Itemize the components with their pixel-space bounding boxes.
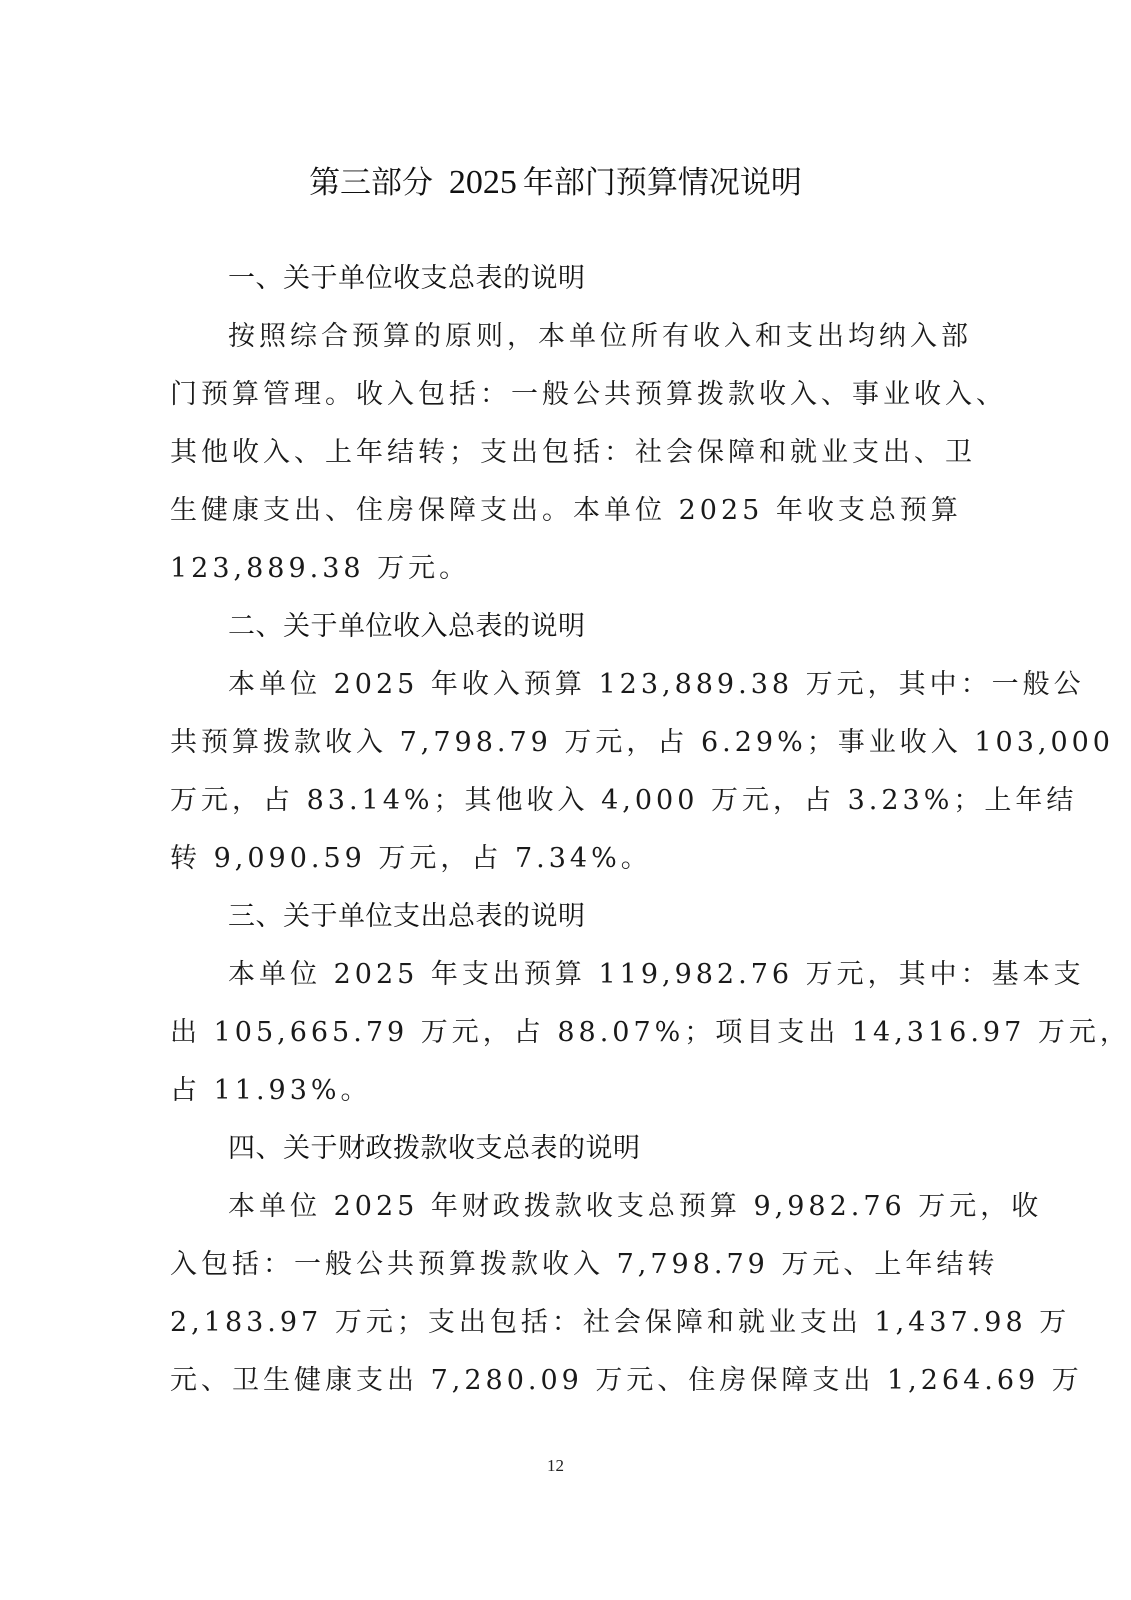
- section-paragraph: 本单位 2025 年收入预算 123,889.38 万元，其中：一般公 共预算拨…: [170, 656, 942, 888]
- paragraph-line: 生健康支出、住房保障支出。本单位 2025 年收支总预算: [170, 482, 942, 540]
- paragraph-line: 其他收入、上年结转；支出包括：社会保障和就业支出、卫: [170, 424, 942, 482]
- paragraph-line: 本单位 2025 年财政拨款收支总预算 9,982.76 万元，收: [170, 1178, 942, 1236]
- paragraph-line: 门预算管理。收入包括：一般公共预算拨款收入、事业收入、: [170, 366, 942, 424]
- page-number: 12: [0, 1456, 1111, 1476]
- section-heading: 二、关于单位收入总表的说明: [170, 598, 942, 656]
- page-title: 第三部分 2025年部门预算情况说明: [0, 161, 1111, 205]
- section-income-summary: 二、关于单位收入总表的说明 本单位 2025 年收入预算 123,889.38 …: [170, 598, 942, 888]
- paragraph-line: 按照综合预算的原则，本单位所有收入和支出均纳入部: [170, 308, 942, 366]
- section-paragraph: 本单位 2025 年财政拨款收支总预算 9,982.76 万元，收 入包括：一般…: [170, 1178, 942, 1410]
- paragraph-line: 共预算拨款收入 7,798.79 万元，占 6.29%；事业收入 103,000: [170, 714, 942, 772]
- paragraph-line: 占 11.93%。: [170, 1062, 942, 1120]
- document-page: 第三部分 2025年部门预算情况说明 一、关于单位收支总表的说明 按照综合预算的…: [0, 0, 1131, 1600]
- paragraph-line: 123,889.38 万元。: [170, 540, 942, 598]
- paragraph-line: 出 105,665.79 万元，占 88.07%；项目支出 14,316.97 …: [170, 1004, 942, 1062]
- section-heading: 一、关于单位收支总表的说明: [170, 250, 942, 308]
- section-income-expense-summary: 一、关于单位收支总表的说明 按照综合预算的原则，本单位所有收入和支出均纳入部 门…: [170, 250, 942, 598]
- section-heading: 三、关于单位支出总表的说明: [170, 888, 942, 946]
- paragraph-line: 2,183.97 万元；支出包括：社会保障和就业支出 1,437.98 万: [170, 1294, 942, 1352]
- section-fiscal-allocation-summary: 四、关于财政拨款收支总表的说明 本单位 2025 年财政拨款收支总预算 9,98…: [170, 1120, 942, 1410]
- section-heading: 四、关于财政拨款收支总表的说明: [170, 1120, 942, 1178]
- title-suffix: 年部门预算情况说明: [523, 165, 802, 201]
- section-paragraph: 按照综合预算的原则，本单位所有收入和支出均纳入部 门预算管理。收入包括：一般公共…: [170, 308, 942, 598]
- paragraph-line: 转 9,090.59 万元，占 7.34%。: [170, 830, 942, 888]
- paragraph-line: 本单位 2025 年收入预算 123,889.38 万元，其中：一般公: [170, 656, 942, 714]
- section-paragraph: 本单位 2025 年支出预算 119,982.76 万元，其中：基本支 出 10…: [170, 946, 942, 1120]
- paragraph-line: 万元，占 83.14%；其他收入 4,000 万元，占 3.23%；上年结: [170, 772, 942, 830]
- title-prefix: 第三部分: [309, 165, 433, 201]
- title-year: 2025: [443, 164, 523, 201]
- section-expense-summary: 三、关于单位支出总表的说明 本单位 2025 年支出预算 119,982.76 …: [170, 888, 942, 1120]
- paragraph-line: 本单位 2025 年支出预算 119,982.76 万元，其中：基本支: [170, 946, 942, 1004]
- paragraph-line: 元、卫生健康支出 7,280.09 万元、住房保障支出 1,264.69 万: [170, 1352, 942, 1410]
- document-body: 一、关于单位收支总表的说明 按照综合预算的原则，本单位所有收入和支出均纳入部 门…: [170, 250, 942, 1410]
- paragraph-line: 入包括：一般公共预算拨款收入 7,798.79 万元、上年结转: [170, 1236, 942, 1294]
